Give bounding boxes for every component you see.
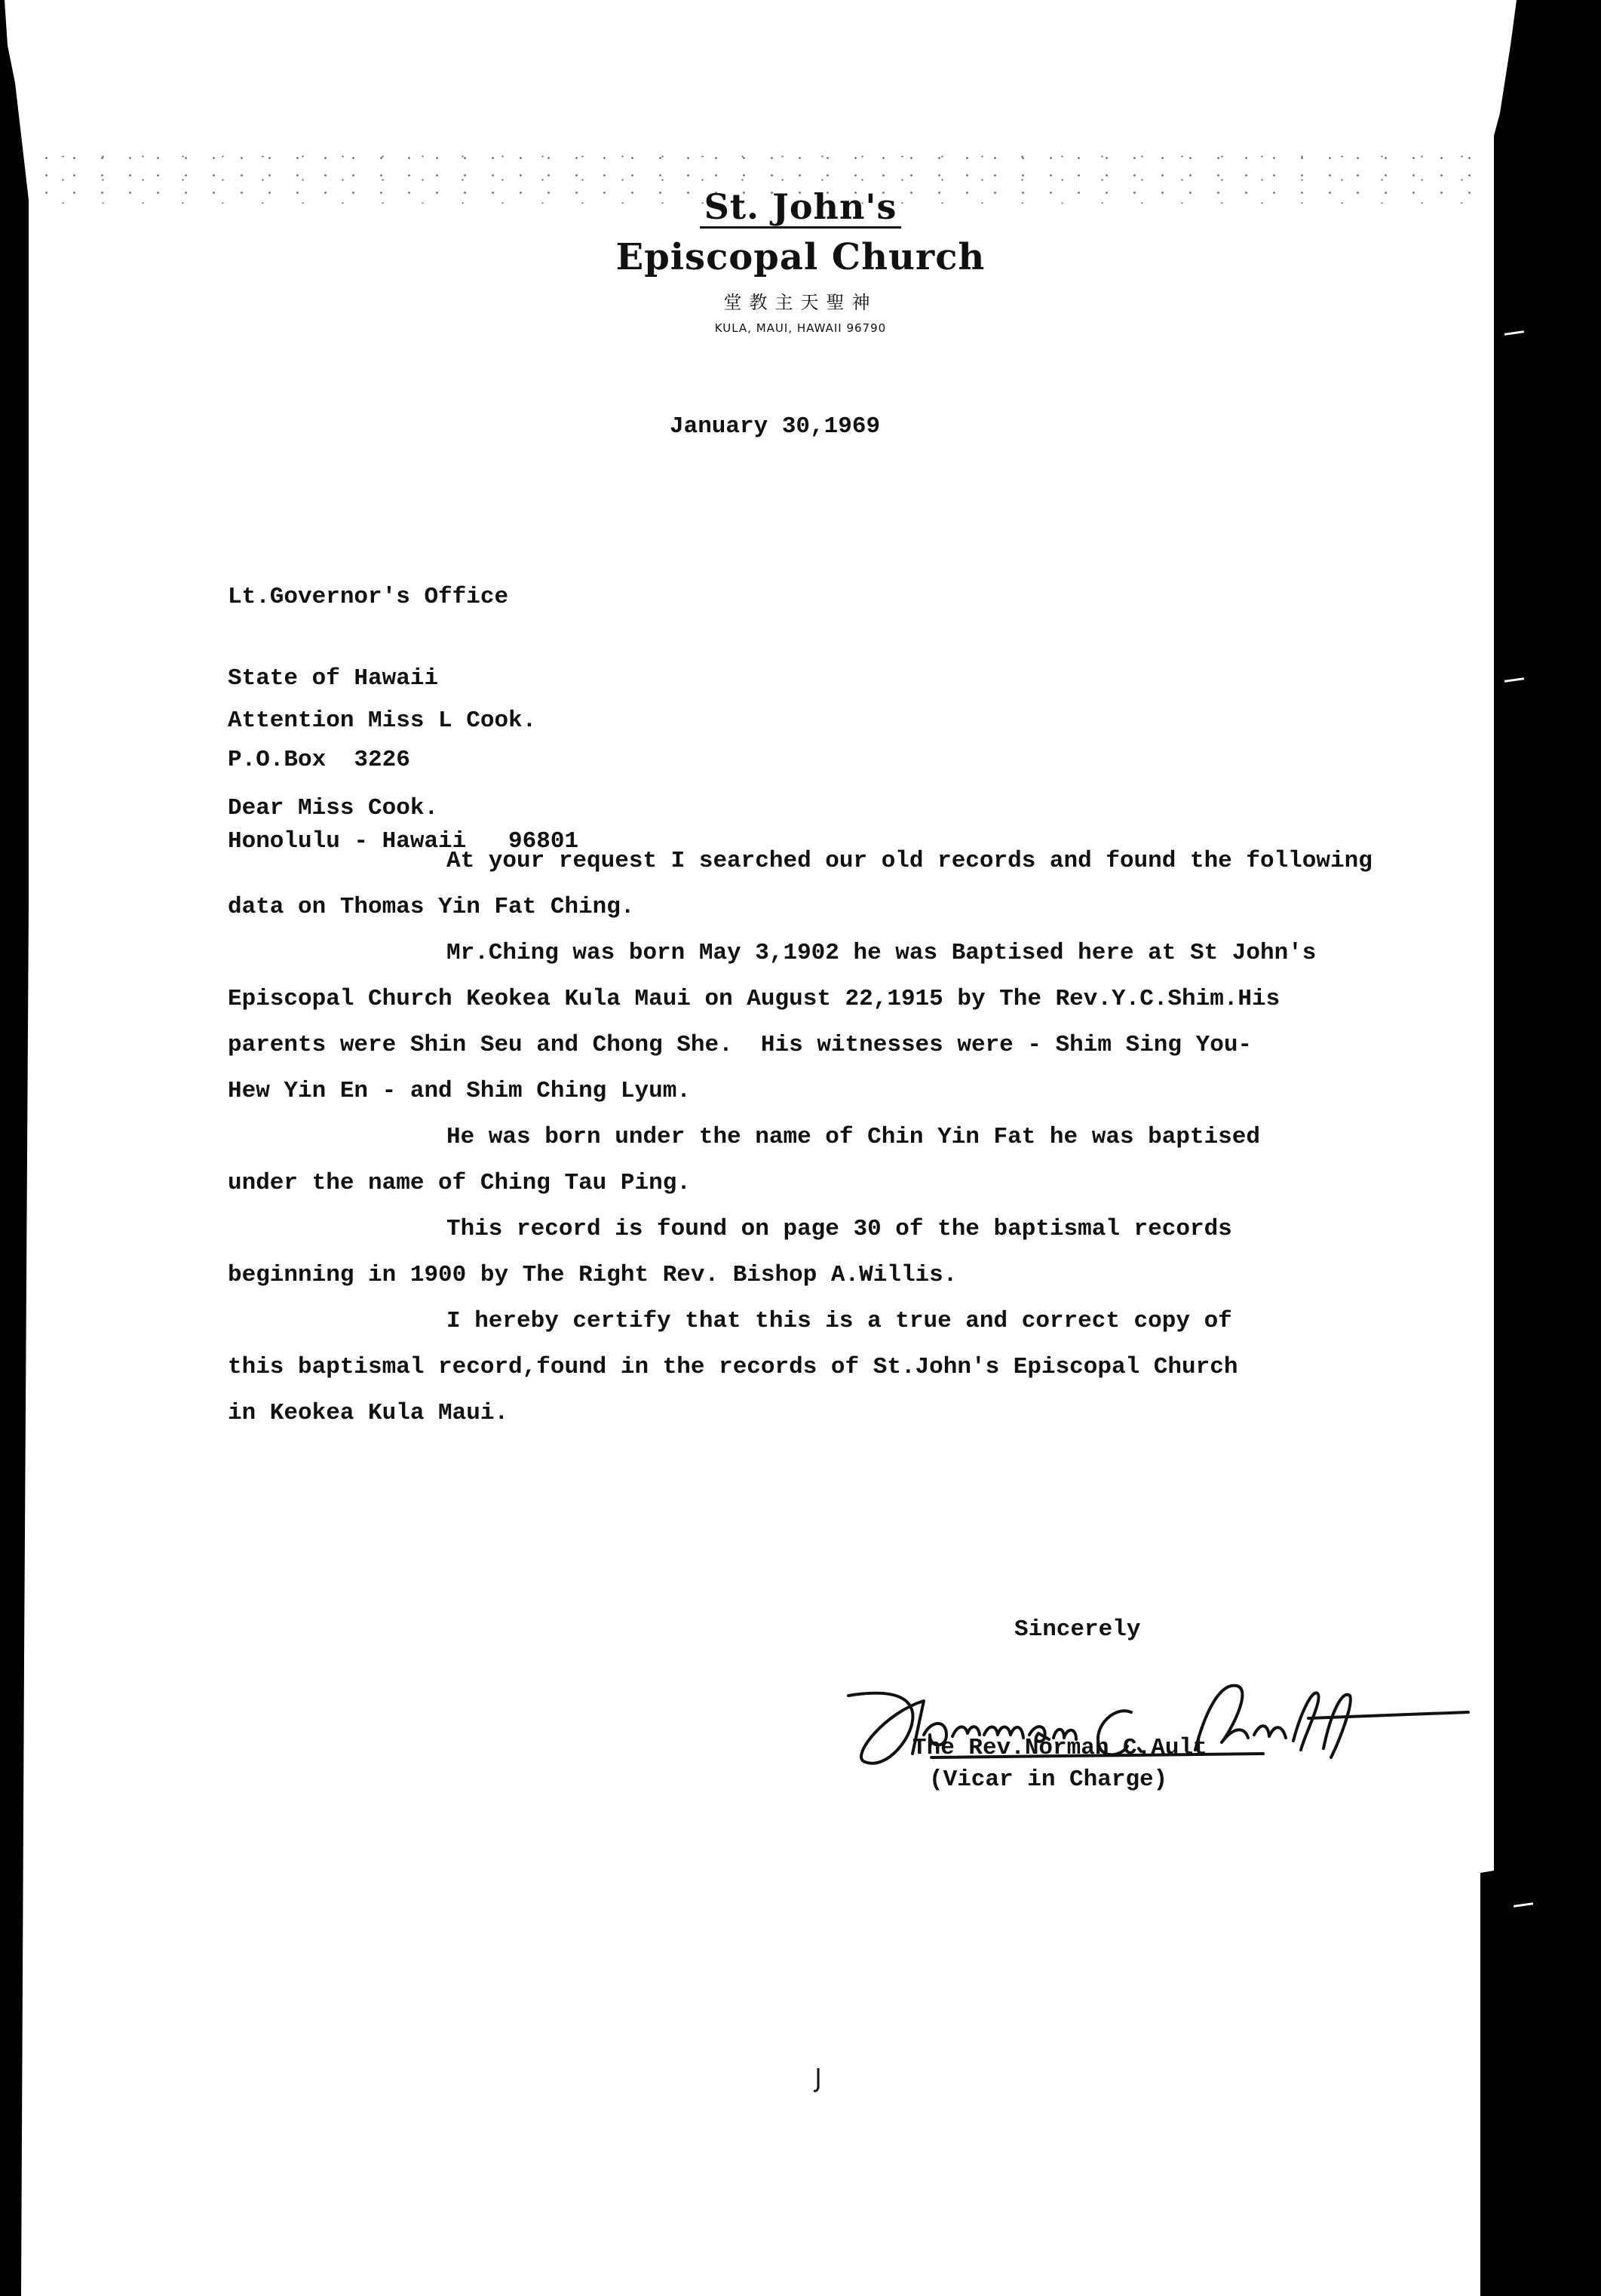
body-line: I hereby certify that this is a true and… [228, 1299, 1404, 1345]
letter-body: At your request I searched our old recor… [228, 839, 1404, 1437]
body-line: At your request I searched our old recor… [228, 839, 1404, 885]
body-line: beginning in 1900 by The Right Rev. Bish… [228, 1253, 1404, 1299]
closing: Sincerely [1014, 1616, 1140, 1643]
scan-artifact [1504, 677, 1524, 683]
letterhead-church-name: St. John's [700, 187, 902, 229]
recipient-line: State of Hawaii [228, 665, 578, 692]
recipient-line: P.O.Box 3226 [228, 747, 578, 774]
body-line: under the name of Ching Tau Ping. [228, 1161, 1404, 1207]
body-line: Episcopal Church Keokea Kula Maui on Aug… [228, 977, 1404, 1023]
scan-edge-right [1480, 0, 1601, 2296]
letterhead-organization: Episcopal Church [0, 233, 1601, 281]
salutation: Dear Miss Cook. [228, 795, 438, 821]
recipient-address: Lt.Governor's Office State of Hawaii P.O… [228, 529, 578, 882]
letterhead-chinese-name: 堂教主天聖神 [0, 287, 1601, 314]
body-line: this baptismal record,found in the recor… [228, 1345, 1404, 1391]
body-line: Mr.Ching was born May 3,1902 he was Bapt… [228, 931, 1404, 977]
letter-date: January 30,1969 [670, 413, 880, 440]
body-line: He was born under the name of Chin Yin F… [228, 1115, 1404, 1161]
scan-mark [813, 2067, 820, 2094]
signer-name: The Rev.Norman C.Ault [912, 1735, 1207, 1761]
letterhead-address: KULA, MAUI, HAWAII 96790 [0, 321, 1601, 335]
body-line: This record is found on page 30 of the b… [228, 1207, 1404, 1253]
scan-artifact [1514, 1902, 1533, 1908]
body-line: in Keokea Kula Maui. [228, 1391, 1404, 1437]
signer-title: (Vicar in Charge) [929, 1767, 1167, 1793]
body-line: data on Thomas Yin Fat Ching. [228, 885, 1404, 931]
body-line: parents were Shin Seu and Chong She. His… [228, 1023, 1404, 1069]
body-line: Hew Yin En - and Shim Ching Lyum. [228, 1069, 1404, 1115]
letterhead: St. John's Episcopal Church 堂教主天聖神 KULA,… [0, 187, 1601, 335]
recipient-line: Lt.Governor's Office [228, 584, 578, 611]
scan-edge-left [0, 0, 29, 2296]
attention-line: Attention Miss L Cook. [228, 708, 536, 734]
